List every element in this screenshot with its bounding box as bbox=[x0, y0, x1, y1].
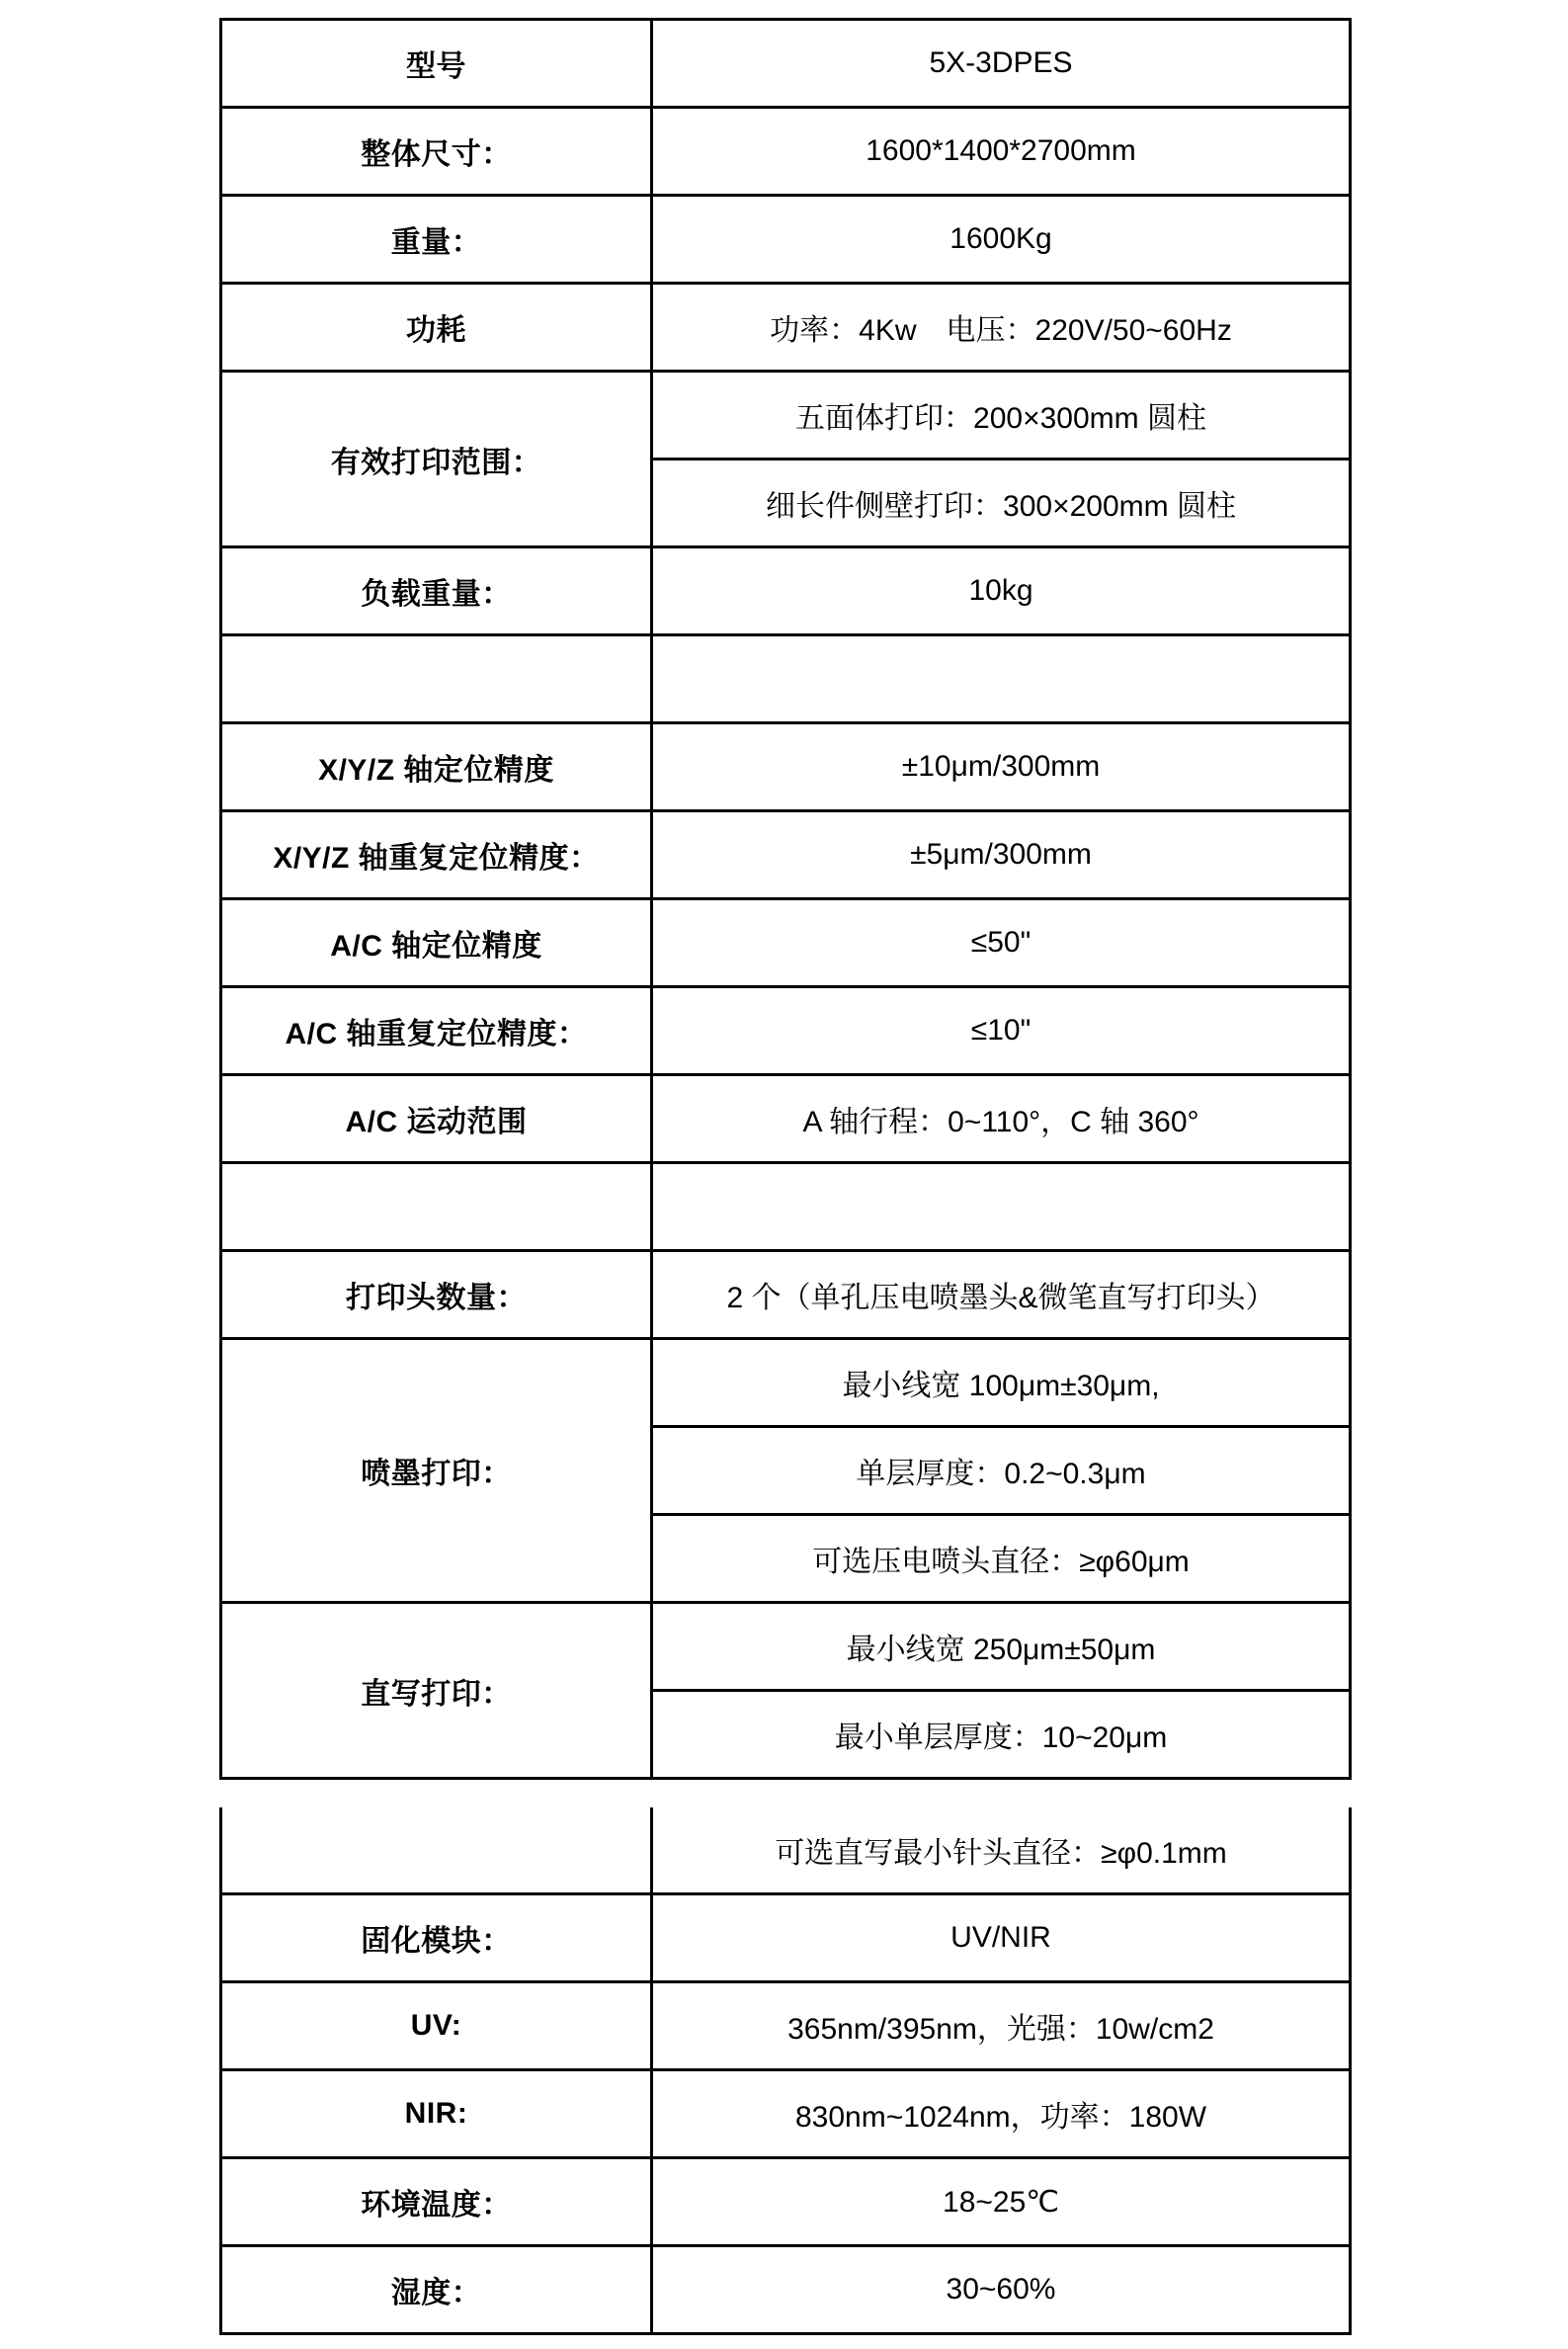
row-value-cell: 18~25℃ bbox=[652, 2158, 1351, 2246]
table-row-inkjet-1: 喷墨打印： 最小线宽 100μm±30μm, bbox=[221, 1339, 1351, 1427]
row-value-cell: 1600*1400*2700mm bbox=[652, 108, 1351, 196]
table-row-curing-module: 固化模块： UV/NIR bbox=[221, 1894, 1351, 1982]
table-row-print-range-1: 有效打印范围： 五面体打印：200×300mm 圆柱 bbox=[221, 372, 1351, 460]
row-label-cell: 打印头数量： bbox=[221, 1251, 652, 1339]
table-page-break-gap bbox=[221, 1779, 1351, 1808]
row-value-cell: A 轴行程：0~110°，C 轴 360° bbox=[652, 1075, 1351, 1163]
row-value-cell: 最小线宽 100μm±30μm, bbox=[652, 1339, 1351, 1427]
row-value-cell: 最小单层厚度：10~20μm bbox=[652, 1691, 1351, 1779]
row-value-cell: ≤10" bbox=[652, 987, 1351, 1075]
row-value-cell: UV/NIR bbox=[652, 1894, 1351, 1982]
row-label-cell: 有效打印范围： bbox=[221, 372, 652, 547]
row-label-cell: 重量： bbox=[221, 196, 652, 284]
row-label-cell bbox=[221, 1807, 652, 1894]
row-value-cell: ±5μm/300mm bbox=[652, 811, 1351, 899]
row-label-cell: 功耗 bbox=[221, 284, 652, 372]
row-label-cell: X/Y/Z 轴重复定位精度： bbox=[221, 811, 652, 899]
row-label-cell: 固化模块： bbox=[221, 1894, 652, 1982]
table-row-power: 功耗 功率：4Kw 电压：220V/50~60Hz bbox=[221, 284, 1351, 372]
row-label-cell bbox=[221, 1163, 652, 1251]
table-row-directwrite-1: 直写打印： 最小线宽 250μm±50μm bbox=[221, 1603, 1351, 1691]
row-value-cell: 最小线宽 250μm±50μm bbox=[652, 1603, 1351, 1691]
table-row-weight: 重量： 1600Kg bbox=[221, 196, 1351, 284]
table-row-ac-motion-range: A/C 运动范围 A 轴行程：0~110°，C 轴 360° bbox=[221, 1075, 1351, 1163]
table-row-xyz-repeat-positioning: X/Y/Z 轴重复定位精度： ±5μm/300mm bbox=[221, 811, 1351, 899]
table-row-ambient-temperature: 环境温度： 18~25℃ bbox=[221, 2158, 1351, 2246]
row-label-cell: 型号 bbox=[221, 20, 652, 108]
row-value-cell: 30~60% bbox=[652, 2246, 1351, 2334]
table-row-uv: UV: 365nm/395nm，光强：10w/cm2 bbox=[221, 1982, 1351, 2070]
table-row-humidity: 湿度： 30~60% bbox=[221, 2246, 1351, 2334]
row-label-cell bbox=[221, 635, 652, 723]
row-label-cell: 环境温度： bbox=[221, 2158, 652, 2246]
row-label-cell: NIR: bbox=[221, 2070, 652, 2158]
row-label-cell: X/Y/Z 轴定位精度 bbox=[221, 723, 652, 811]
row-value-cell: 可选直写最小针头直径：≥φ0.1mm bbox=[652, 1807, 1351, 1894]
row-value-cell: 830nm~1024nm，功率：180W bbox=[652, 2070, 1351, 2158]
table-row-xyz-positioning: X/Y/Z 轴定位精度 ±10μm/300mm bbox=[221, 723, 1351, 811]
table-row-directwrite-needle: 可选直写最小针头直径：≥φ0.1mm bbox=[221, 1807, 1351, 1894]
row-label-cell: UV: bbox=[221, 1982, 652, 2070]
table-row-printhead-count: 打印头数量： 2 个（单孔压电喷墨头&微笔直写打印头） bbox=[221, 1251, 1351, 1339]
table-row-ac-repeat-positioning: A/C 轴重复定位精度： ≤10" bbox=[221, 987, 1351, 1075]
row-value-cell: 5X-3DPES bbox=[652, 20, 1351, 108]
row-label-cell: A/C 轴定位精度 bbox=[221, 899, 652, 987]
row-value-cell: 功率：4Kw 电压：220V/50~60Hz bbox=[652, 284, 1351, 372]
gap-spacer bbox=[221, 1779, 1351, 1808]
row-value-cell bbox=[652, 635, 1351, 723]
table-row-load-weight: 负载重量： 10kg bbox=[221, 547, 1351, 635]
table-row-empty-2 bbox=[221, 1163, 1351, 1251]
table-row-overall-size: 整体尺寸： 1600*1400*2700mm bbox=[221, 108, 1351, 196]
row-value-cell: 单层厚度：0.2~0.3μm bbox=[652, 1427, 1351, 1515]
row-value-cell: 1600Kg bbox=[652, 196, 1351, 284]
row-label-cell: A/C 运动范围 bbox=[221, 1075, 652, 1163]
table-row-empty-1 bbox=[221, 635, 1351, 723]
row-label-cell: 直写打印： bbox=[221, 1603, 652, 1779]
row-value-cell: ±10μm/300mm bbox=[652, 723, 1351, 811]
table-row-ac-positioning: A/C 轴定位精度 ≤50" bbox=[221, 899, 1351, 987]
row-value-cell: ≤50" bbox=[652, 899, 1351, 987]
table-row-model: 型号 5X-3DPES bbox=[221, 20, 1351, 108]
row-value-cell: 可选压电喷头直径：≥φ60μm bbox=[652, 1515, 1351, 1603]
row-value-cell: 五面体打印：200×300mm 圆柱 bbox=[652, 372, 1351, 460]
row-label-cell: 负载重量： bbox=[221, 547, 652, 635]
row-value-cell: 2 个（单孔压电喷墨头&微笔直写打印头） bbox=[652, 1251, 1351, 1339]
row-label-cell: A/C 轴重复定位精度： bbox=[221, 987, 652, 1075]
row-label-cell: 喷墨打印： bbox=[221, 1339, 652, 1603]
table-row-nir: NIR: 830nm~1024nm，功率：180W bbox=[221, 2070, 1351, 2158]
row-value-cell: 10kg bbox=[652, 547, 1351, 635]
spec-table: 型号 5X-3DPES 整体尺寸： 1600*1400*2700mm 重量： 1… bbox=[219, 18, 1352, 2335]
row-label-cell: 湿度： bbox=[221, 2246, 652, 2334]
row-value-cell bbox=[652, 1163, 1351, 1251]
row-value-cell: 细长件侧壁打印：300×200mm 圆柱 bbox=[652, 460, 1351, 547]
row-label-cell: 整体尺寸： bbox=[221, 108, 652, 196]
row-value-cell: 365nm/395nm，光强：10w/cm2 bbox=[652, 1982, 1351, 2070]
